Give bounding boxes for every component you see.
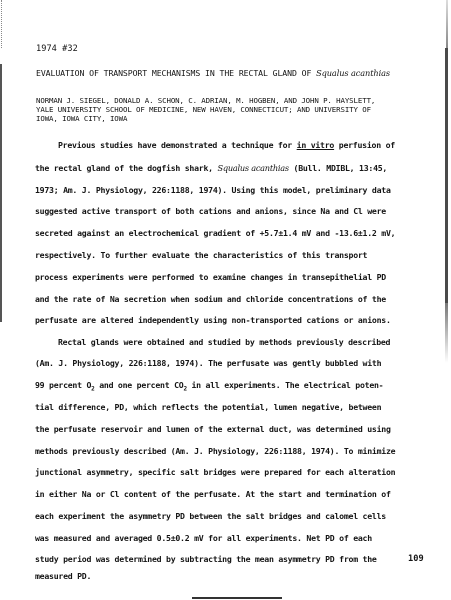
scan-edge-right-fade bbox=[445, 303, 448, 363]
body-line: study period was determined by subtracti… bbox=[35, 554, 377, 564]
body-line: the perfusate reservoir and lumen of the… bbox=[35, 424, 391, 434]
body-line: respectively. To further evaluate the ch… bbox=[35, 250, 367, 260]
body-line: suggested active transport of both catio… bbox=[35, 206, 386, 216]
body-line: measured PD. bbox=[35, 571, 91, 581]
page-number: 109 bbox=[408, 554, 424, 564]
scan-edge-right-top bbox=[446, 0, 448, 48]
paper-title: EVALUATION OF TRANSPORT MECHANISMS IN TH… bbox=[36, 68, 390, 78]
body-line: perfusate are altered independently usin… bbox=[35, 315, 391, 325]
body-line: tial difference, PD, which reflects the … bbox=[35, 402, 381, 412]
body-line: in either Na or Cl content of the perfus… bbox=[35, 489, 391, 499]
scan-edge-dots bbox=[1, 0, 3, 48]
body-line: each experiment the asymmetry PD between… bbox=[35, 511, 386, 521]
body-line: (Am. J. Physiology, 226:1188, 1974). The… bbox=[35, 358, 381, 368]
title-species: Squalus acanthias bbox=[316, 68, 390, 78]
body-line: process experiments were performed to ex… bbox=[35, 272, 386, 282]
scan-edge-left bbox=[0, 64, 2, 322]
author-line-2: YALE UNIVERSITY SCHOOL OF MEDICINE, NEW … bbox=[36, 105, 371, 114]
in-vitro-emphasis: in vitro bbox=[297, 140, 334, 150]
scan-bottom-rule bbox=[192, 597, 282, 599]
body-line: secreted against an electrochemical grad… bbox=[35, 228, 395, 238]
body-line: junctional asymmetry, specific salt brid… bbox=[35, 467, 395, 477]
scan-edge-right bbox=[445, 48, 448, 303]
body-line: 99 percent O2 and one percent CO2 in all… bbox=[35, 380, 383, 393]
author-line-1: NORMAN J. SIEGEL, DONALD A. SCHON, C. AD… bbox=[36, 96, 375, 105]
author-line-3: IOWA, IOWA CITY, IOWA bbox=[36, 114, 127, 123]
species-name: Squalus acanthias bbox=[218, 163, 289, 173]
body-line: Rectal glands were obtained and studied … bbox=[58, 337, 390, 347]
body-line: 1973; Am. J. Physiology, 226:1188, 1974)… bbox=[35, 185, 391, 195]
title-text: EVALUATION OF TRANSPORT MECHANISMS IN TH… bbox=[36, 68, 316, 78]
body-line: and the rate of Na secretion when sodium… bbox=[35, 294, 386, 304]
document-id: 1974 #32 bbox=[36, 44, 78, 54]
body-line: was measured and averaged 0.5±0.2 mV for… bbox=[35, 533, 372, 543]
body-line: methods previously described (Am. J. Phy… bbox=[35, 446, 395, 456]
body-line: the rectal gland of the dogfish shark, S… bbox=[35, 163, 387, 173]
body-line: Previous studies have demonstrated a tec… bbox=[58, 140, 395, 150]
